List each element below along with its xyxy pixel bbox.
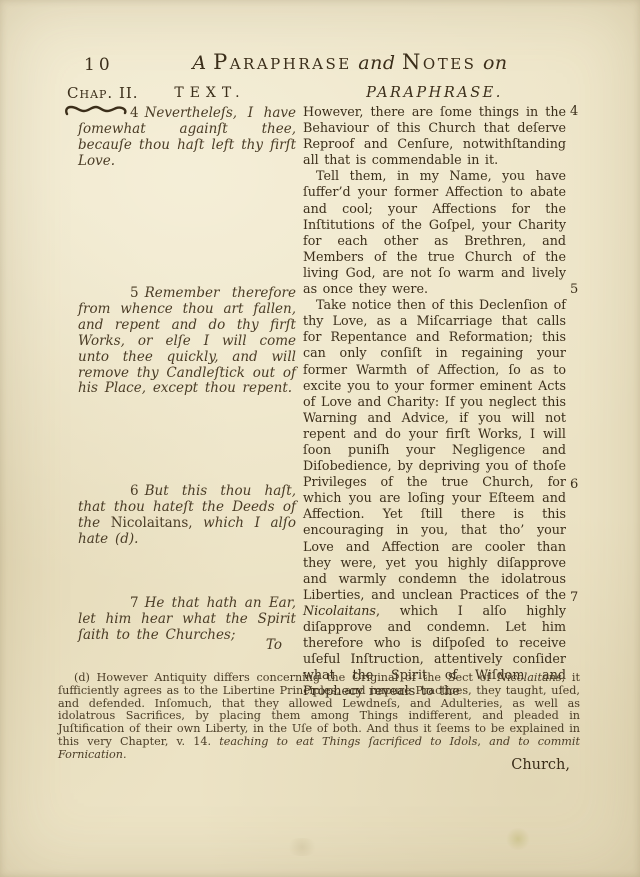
verse-margin-number: 5	[570, 282, 578, 297]
verse-item-6: 6But this thou haſt, that thou hateſt th…	[78, 484, 296, 548]
paraphrase-column: However, there are ſome things in the Be…	[303, 104, 566, 699]
running-title: A Paraphrase and Notes on	[140, 50, 560, 74]
paraphrase-paragraph: Take notice then of this Declenſion of t…	[303, 297, 566, 699]
text-column: 4Nevertheleſs, I have ſomewhat againſt t…	[78, 103, 296, 669]
verse-number: 7	[130, 595, 145, 611]
verse-margin-number: 6	[570, 477, 578, 492]
page-catchword: Church,	[450, 757, 570, 773]
verse-number: 6	[130, 483, 145, 499]
paper-stain	[505, 828, 531, 850]
paraphrase-paragraph: However, there are ſome things in the Be…	[303, 104, 566, 168]
verse-body: But this thou haſt, that thou hateſt the…	[78, 483, 296, 547]
book-page: 10 A Paraphrase and Notes on Chap. II. T…	[0, 0, 640, 877]
verse-body: Remember therefore from whence thou art …	[78, 285, 296, 396]
verse-item-7: 7He that hath an Ear, let him hear what …	[78, 596, 296, 644]
verse-number: 4	[130, 105, 145, 121]
verse-item-4: 4Nevertheleſs, I have ſomewhat againſt t…	[78, 106, 296, 170]
verse-margin-number: 4	[570, 104, 578, 119]
verse-item-5: 5Remember therefore from whence thou art…	[78, 286, 296, 397]
verse-body: Nevertheleſs, I have ſomewhat againſt th…	[78, 105, 296, 169]
paraphrase-column-heading: PARAPHRASE.	[303, 85, 566, 101]
verse-number: 5	[130, 285, 145, 301]
verse-margin-number: 7	[570, 590, 578, 605]
verse-body: He that hath an Ear, let him hear what t…	[78, 595, 296, 643]
footnote: (d) However Antiquity differs concerning…	[58, 672, 580, 762]
text-column-heading: TEXT.	[110, 85, 310, 101]
paper-stain	[285, 838, 319, 856]
text-column-catchword: To	[266, 637, 282, 653]
page-number: 10	[84, 55, 114, 75]
paraphrase-paragraph: Tell them, in my Name, you have ſuffer’d…	[303, 168, 566, 297]
